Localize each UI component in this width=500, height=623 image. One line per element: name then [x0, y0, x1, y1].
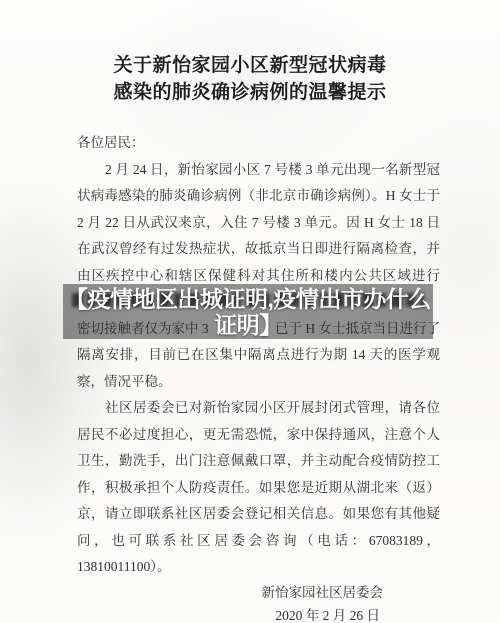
body-line: 察，情况平稳。 — [77, 369, 440, 396]
notice-body: 各位居民： 2 月 24 日，新怡家园小区 7 号楼 3 单元出现一名新型冠 状… — [77, 130, 440, 581]
body-line: 京，请立即联系社区居委会登记相关信息。如果您有其他疑 — [77, 501, 440, 528]
body-line: 13810011100）。 — [77, 554, 440, 581]
body-line: 隔离安排，目前已在区集中隔离点进行为期 14 天的医学观 — [77, 342, 440, 369]
notice-title-line1: 关于新怡家园小区新型冠状病毒 — [55, 52, 445, 79]
body-line: 在武汉曾经有过发热症状，故抵京当日即进行隔离检查，并 — [77, 236, 440, 263]
watermark-text-line2: 证明】 — [63, 312, 433, 338]
body-line: 社区居委会已对新怡家园小区开展封闭式管理，请各位 — [77, 395, 440, 422]
body-line: 状病毒感染的肺炎确诊病例（非北京市确诊病例）。H 女士于 — [77, 183, 440, 210]
signature-block: 新怡家园社区居委会 2020 年 2 月 26 日 — [77, 581, 440, 623]
body-line: 2 月 22 日从武汉来京，入住 7 号楼 3 单元。因 H 女士 18 日 — [77, 210, 440, 237]
signature-committee: 新怡家园社区居委会 — [77, 581, 440, 604]
scanned-notice-photo: 关于新怡家园小区新型冠状病毒 感染的肺炎确诊病例的温馨提示 各位居民： 2 月 … — [0, 0, 500, 623]
body-line: 2 月 24 日，新怡家园小区 7 号楼 3 单元出现一名新型冠 — [77, 157, 440, 184]
signature-date: 2020 年 2 月 26 日 — [77, 604, 440, 623]
notice-title: 关于新怡家园小区新型冠状病毒 感染的肺炎确诊病例的温馨提示 — [55, 52, 445, 106]
salutation: 各位居民： — [77, 130, 440, 157]
body-line: 居民不必过度担心，更无需恐慌，家中保持通风，注意个人 — [77, 422, 440, 449]
watermark-overlay: 【疫情地区出城证明,疫情出市办什么 证明】 — [63, 284, 433, 339]
body-line: 卫生，勤洗手，出门注意佩戴口罩，并主动配合疫情防控工 — [77, 448, 440, 475]
body-line: 问，也可联系社区居委会咨询（电话：67083189， — [77, 528, 440, 555]
watermark-text-line1: 【疫情地区出城证明,疫情出市办什么 — [63, 286, 433, 312]
notice-title-line2: 感染的肺炎确诊病例的温馨提示 — [55, 79, 445, 106]
body-line: 作，积极承担个人防疫责任。如果您是近期从湖北来（返） — [77, 475, 440, 502]
